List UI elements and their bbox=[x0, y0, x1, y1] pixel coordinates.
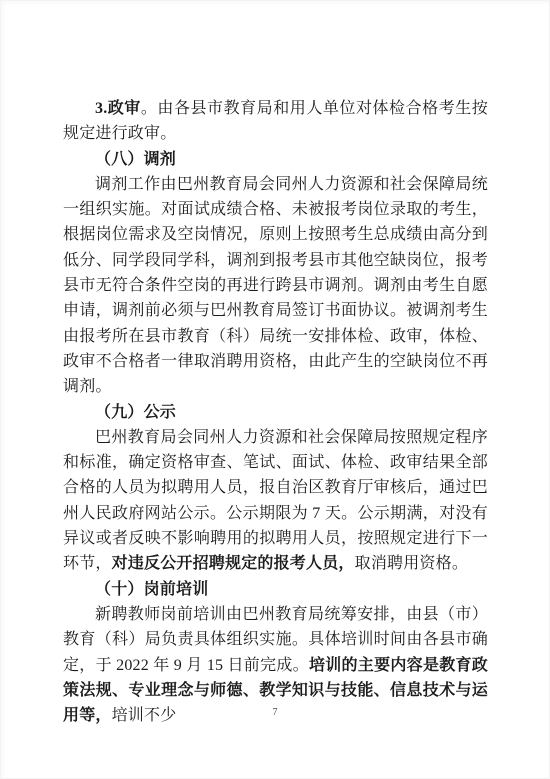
document-page: 3.政审。由各县市教育局和用人单位对体检合格考生按规定进行政审。 （八）调剂 调… bbox=[0, 0, 550, 779]
heading-tiaoji: （八）调剂 bbox=[63, 147, 488, 172]
paragraph-gongshi-bold-run: 对违反公开招聘规定的报考人员， bbox=[112, 555, 355, 572]
paragraph-gongshi-body: 巴州教育局会同州人力资源和社会保障局按照规定程序和标准，确定资格审查、笔试、面试… bbox=[63, 429, 488, 572]
document-text-block: 3.政审。由各县市教育局和用人单位对体检合格考生按规定进行政审。 （八）调剂 调… bbox=[63, 96, 488, 728]
paragraph-gongshi: 巴州教育局会同州人力资源和社会保障局按照规定程序和标准，确定资格审查、笔试、面试… bbox=[63, 425, 488, 577]
heading-gangqian-peixun: （十）岗前培训 bbox=[63, 577, 488, 602]
paragraph-gongshi-tail: 取消聘用资格。 bbox=[355, 555, 468, 572]
page-number: 7 bbox=[0, 707, 550, 719]
paragraph-zhengshen: 3.政审。由各县市教育局和用人单位对体检合格考生按规定进行政审。 bbox=[63, 96, 488, 147]
paragraph-zhengshen-bold-lead: 3.政审 bbox=[95, 100, 141, 117]
heading-gongshi: （九）公示 bbox=[63, 400, 488, 425]
paragraph-tiaoji-body: 调剂工作由巴州教育局会同州人力资源和社会保障局统一组织实施。对面试成绩合格、未被… bbox=[63, 176, 488, 395]
paragraph-tiaoji: 调剂工作由巴州教育局会同州人力资源和社会保障局统一组织实施。对面试成绩合格、未被… bbox=[63, 172, 488, 400]
